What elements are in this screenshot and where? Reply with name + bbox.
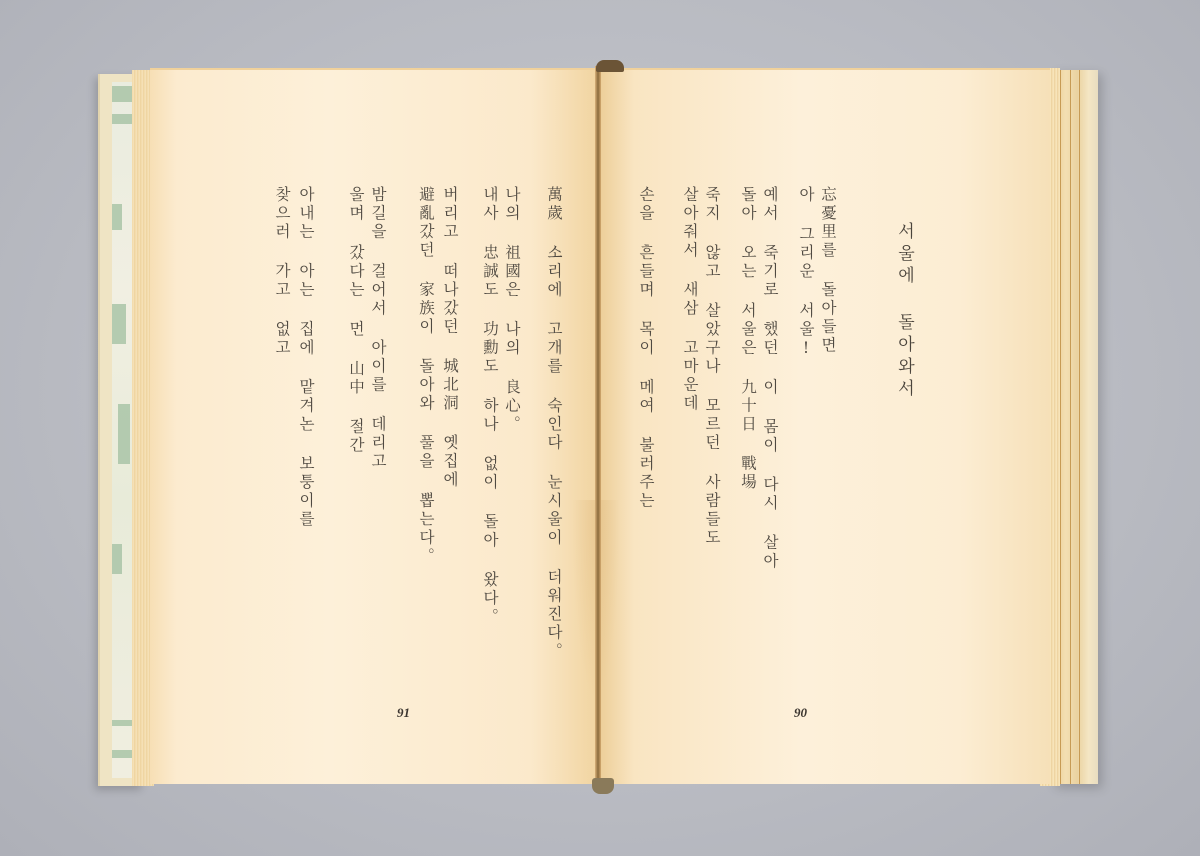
poem-line: 避亂갔던 家族이 돌아와 풀을 뽑는다。 xyxy=(416,186,436,566)
page-edge-line xyxy=(1070,70,1071,784)
spine-green-mark xyxy=(112,750,134,758)
poem-line: 밤길을 걸어서 아이를 데리고 xyxy=(368,186,388,471)
poem-line: 살아줘서 새삼 고마운데 xyxy=(680,186,700,413)
poem-line: 내사 忠誠도 功勳도 하나 없이 돌아 왔다。 xyxy=(480,186,500,627)
spine-green-mark xyxy=(112,114,134,124)
book-gutter xyxy=(595,66,601,786)
right-page xyxy=(598,68,1050,784)
poem-line: 버리고 떠나갔던 城北洞 옛집에 xyxy=(440,186,460,490)
page-edge-line xyxy=(1060,70,1061,784)
poem-title: 서울에 돌아와서 xyxy=(894,222,914,401)
poem-line: 예서 죽기로 했던 이 몸이 다시 살아 xyxy=(760,186,780,571)
spine-green-mark xyxy=(112,86,134,102)
spine-green-mark xyxy=(118,404,130,464)
headband-top xyxy=(596,60,624,72)
poem-line: 忘憂里를 돌아들면 xyxy=(818,186,838,355)
poem-line: 아내는 아는 집에 맡겨논 보퉁이를 xyxy=(296,186,316,529)
spine-green-mark xyxy=(112,720,134,726)
spine-green-mark xyxy=(112,544,122,574)
poem-line: 울며 갔다는 먼 山中 절간 xyxy=(346,186,366,455)
poem-line: 아 그리운 서울! xyxy=(796,186,816,360)
poem-line: 찾으러 가고 없고 xyxy=(272,186,292,358)
page-number-left: 91 xyxy=(397,705,410,721)
poem-line: 나의 祖國은 나의 良心。 xyxy=(502,186,522,434)
spine-green-mark xyxy=(112,304,126,344)
poem-line: 萬歲 소리에 고개를 숙인다 눈시울이 더워진다。 xyxy=(544,186,564,661)
poem-line: 죽지 않고 살았구나 모르던 사람들도 xyxy=(702,186,722,548)
headband-bottom xyxy=(592,778,614,794)
page-number-right: 90 xyxy=(794,705,807,721)
poem-line: 손을 흔들며 목이 메여 불러주는 xyxy=(636,186,656,511)
spine-green-mark xyxy=(112,204,122,230)
poem-line: 돌아 오는 서울은 九十日 戰場 xyxy=(738,186,758,492)
photo-stage: 서울에 돌아와서 忘憂里를 돌아들면 아 그리운 서울! 예서 죽기로 했던 이… xyxy=(0,0,1200,856)
page-edge-line xyxy=(1079,70,1080,784)
